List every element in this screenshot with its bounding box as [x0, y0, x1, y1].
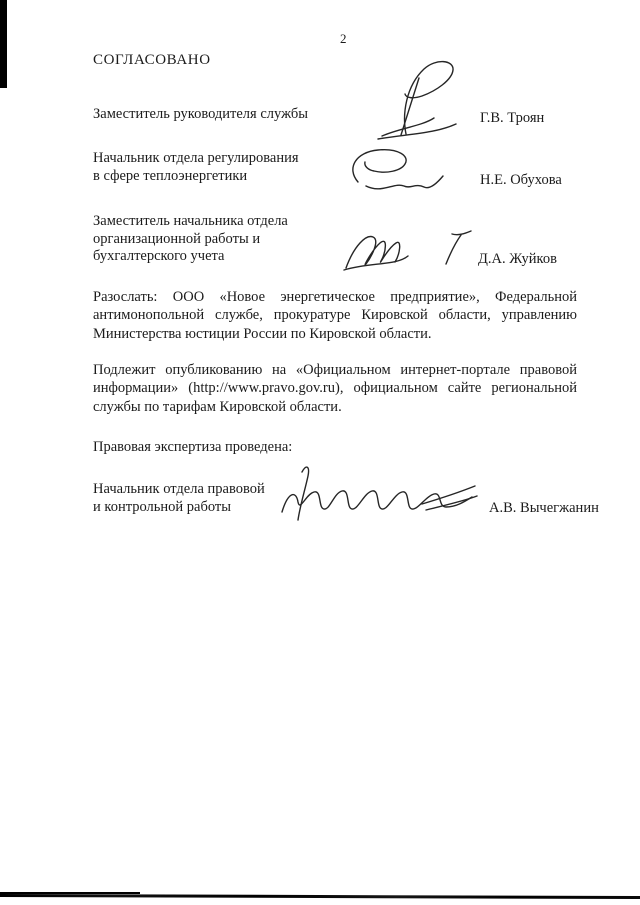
document-page: 2 СОГЛАСОВАНО Заместитель руководителя с… [0, 0, 640, 905]
signature-vychegzhanin-icon [272, 462, 482, 528]
paragraph-line: Подлежит опубликованию на «Официальном и… [93, 361, 577, 379]
signature-zhuykov-icon [342, 228, 474, 276]
legal-review-statement: Правовая экспертиза проведена: [93, 439, 292, 457]
scan-artifact-left-bar [0, 0, 7, 88]
signatory-name: Д.А. Жуйков [478, 251, 557, 269]
scan-artifact-bottom-line-segment [0, 892, 140, 894]
signatory-title: Заместитель руководителя службы [93, 106, 343, 124]
signatory-name: Г.В. Троян [480, 110, 544, 128]
signature-troyan-icon [372, 56, 464, 142]
scan-artifact-bottom-line [0, 894, 640, 899]
signatory-title: Начальник отдела регулирования в сфере т… [93, 150, 353, 185]
publication-paragraph: Подлежит опубликованию на «Официальном и… [93, 361, 577, 416]
signatory-name: А.В. Вычегжанин [489, 500, 599, 518]
paragraph-line: информации» (http://www.pravo.gov.ru), о… [93, 379, 577, 397]
distribution-paragraph: Разослать: ООО «Новое энергетическое пре… [93, 288, 577, 343]
page-number: 2 [340, 31, 347, 47]
approval-heading: СОГЛАСОВАНО [93, 52, 211, 69]
signatory-title: Заместитель начальника отдела организаци… [93, 213, 353, 266]
paragraph-line: Разослать: ООО «Новое энергетическое пре… [93, 288, 577, 306]
paragraph-line: антимонопольной службе, прокуратуре Киро… [93, 306, 577, 324]
paragraph-line: Министерства юстиции России по Кировской… [93, 325, 577, 343]
signature-obukhova-icon [344, 146, 444, 202]
paragraph-line: службы по тарифам Кировской области. [93, 398, 577, 416]
signatory-name: Н.Е. Обухова [480, 172, 562, 190]
